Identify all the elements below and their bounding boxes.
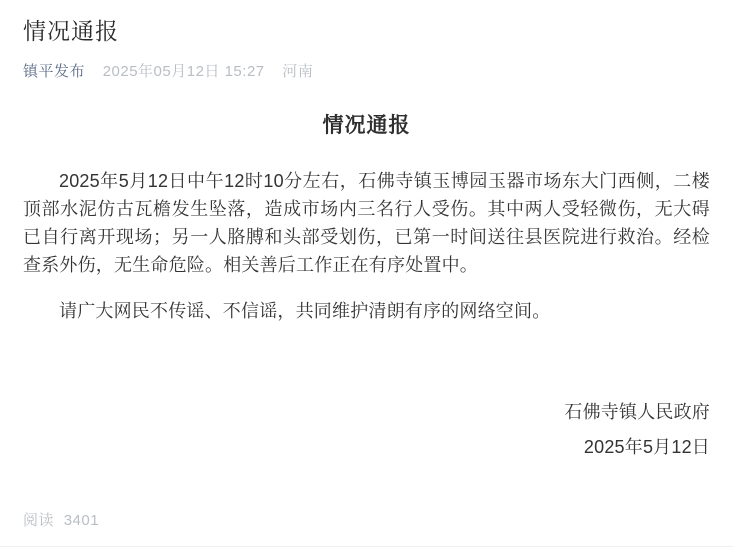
publish-datetime: 2025年05月12日 15:27 <box>103 63 265 80</box>
article-heading: 情况通报 <box>23 112 710 140</box>
bottom-divider <box>0 546 733 547</box>
signature-issuer: 石佛寺镇人民政府 <box>23 398 710 426</box>
read-count-label: 阅读 <box>23 512 54 529</box>
article-page: 情况通报 镇平发布 2025年05月12日 15:27 河南 情况通报 2025… <box>0 0 733 555</box>
page-title: 情况通报 <box>23 0 710 46</box>
article-paragraph-2: 请广大网民不传谣、不信谣，共同维护清朗有序的网络空间。 <box>23 297 710 325</box>
source-account-link[interactable]: 镇平发布 <box>23 63 85 80</box>
read-count-row: 阅读 3401 <box>23 511 710 531</box>
read-count-value: 3401 <box>64 512 99 529</box>
signature-date: 2025年5月12日 <box>23 433 710 461</box>
article-paragraph-1: 2025年5月12日中午12时10分左右，石佛寺镇玉博园玉器市场东大门西侧，二楼… <box>23 167 710 279</box>
publish-location: 河南 <box>282 63 313 80</box>
article-meta: 镇平发布 2025年05月12日 15:27 河南 <box>23 62 710 82</box>
